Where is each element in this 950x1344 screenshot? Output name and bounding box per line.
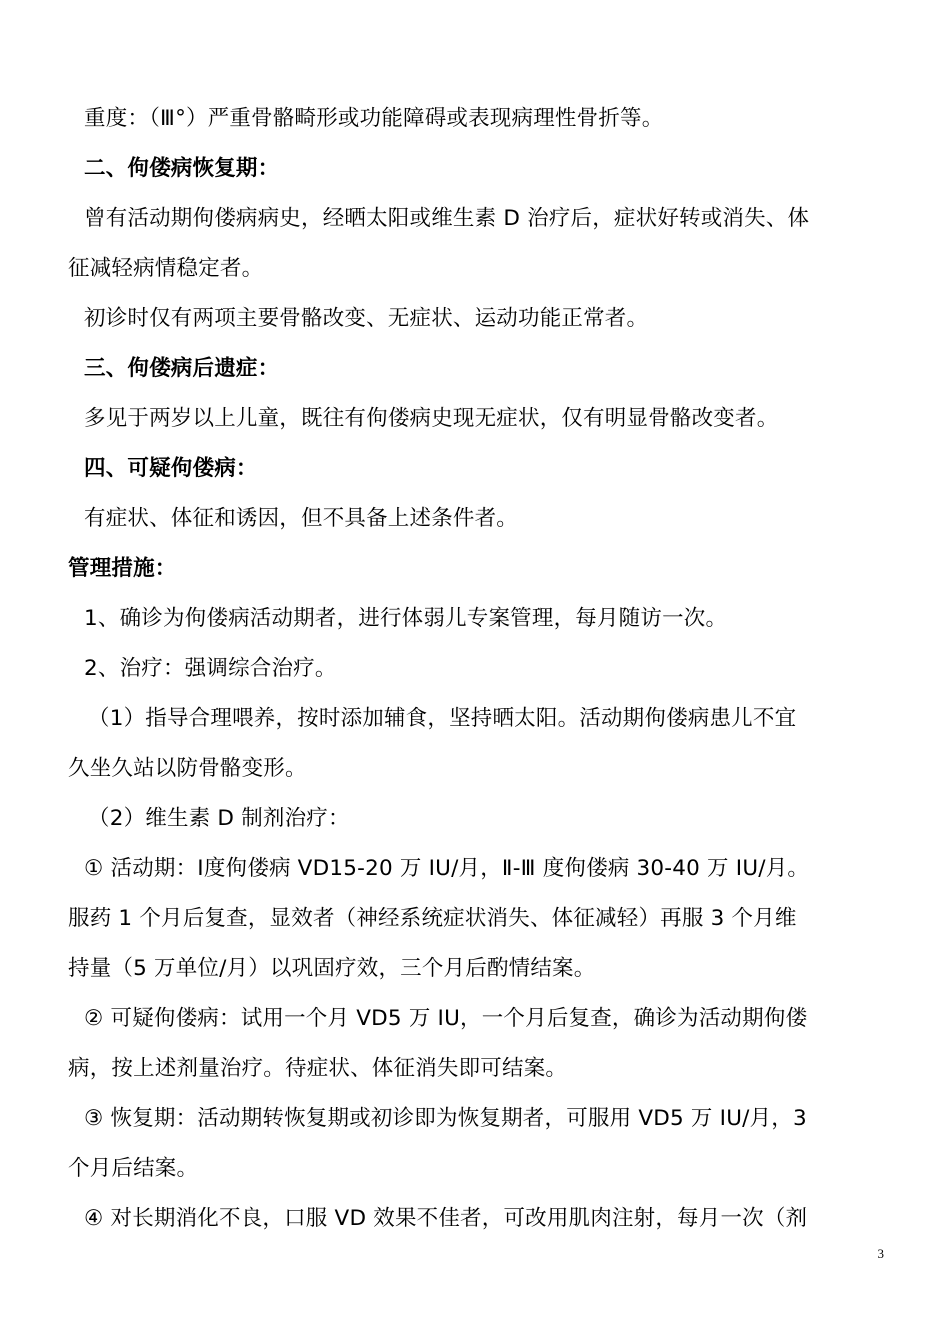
- measure-2-line: 2、治疗：强调综合治疗。: [84, 654, 337, 684]
- recovery-definition-line-1: 曾有活动期佝偻病病史，经晒太阳或维生素 D 治疗后，症状好转或消失、体: [84, 204, 809, 234]
- recovery-definition-line-2: 征减轻病情稳定者。: [68, 254, 263, 284]
- sequelae-definition-line: 多见于两岁以上儿童，既往有佝偻病史现无症状，仅有明显骨骼改变者。: [84, 404, 778, 434]
- page-number: 3: [878, 1246, 885, 1262]
- suspected-treatment-line-2: 病，按上述剂量治疗。待症状、体征消失即可结案。: [68, 1054, 567, 1084]
- recovery-initial-diagnosis-line: 初诊时仅有两项主要骨骼改变、无症状、运动功能正常者。: [84, 304, 648, 334]
- recovery-treatment-line-2: 个月后结案。: [68, 1154, 198, 1184]
- heading-sequelae: 三、佝偻病后遗症：: [84, 354, 279, 384]
- heading-suspected: 四、可疑佝偻病：: [84, 454, 258, 484]
- active-period-line-1: ① 活动期：Ⅰ度佝偻病 VD15-20 万 IU/月，Ⅱ-Ⅲ 度佝偻病 30-4…: [84, 854, 809, 884]
- measure-1-line: 1、确诊为佝偻病活动期者，进行体弱儿专案管理，每月随访一次。: [84, 604, 727, 634]
- heading-management-measures: 管理措施：: [68, 554, 177, 584]
- treatment-1-line-2: 久坐久站以防骨骼变形。: [68, 754, 307, 784]
- severity-severe-line: 重度：（Ⅲ°）严重骨骼畸形或功能障碍或表现病理性骨折等。: [84, 104, 663, 134]
- suspected-treatment-line-1: ② 可疑佝偻病：试用一个月 VD5 万 IU，一个月后复查，确诊为活动期佝偻: [84, 1004, 807, 1034]
- treatment-1-line-1: （1）指导合理喂养，按时添加辅食，坚持晒太阳。活动期佝偻病患儿不宜: [88, 704, 796, 734]
- active-period-line-3: 持量（5 万单位/月）以巩固疗效，三个月后酌情结案。: [68, 954, 595, 984]
- active-period-line-2: 服药 1 个月后复查，显效者（神经系统症状消失、体征减轻）再服 3 个月维: [68, 904, 797, 934]
- recovery-treatment-line-1: ③ 恢复期：活动期转恢复期或初诊即为恢复期者，可服用 VD5 万 IU/月，3: [84, 1104, 807, 1134]
- heading-recovery-period: 二、佝偻病恢复期：: [84, 154, 279, 184]
- document-page: 重度：（Ⅲ°）严重骨骼畸形或功能障碍或表现病理性骨折等。 二、佝偻病恢复期： 曾…: [0, 0, 950, 1344]
- chronic-indigestion-line: ④ 对长期消化不良，口服 VD 效果不佳者，可改用肌肉注射，每月一次（剂: [84, 1204, 807, 1234]
- treatment-2-heading: （2）维生素 D 制剂治疗：: [88, 804, 350, 834]
- suspected-definition-line: 有症状、体征和诱因，但不具备上述条件者。: [84, 504, 518, 534]
